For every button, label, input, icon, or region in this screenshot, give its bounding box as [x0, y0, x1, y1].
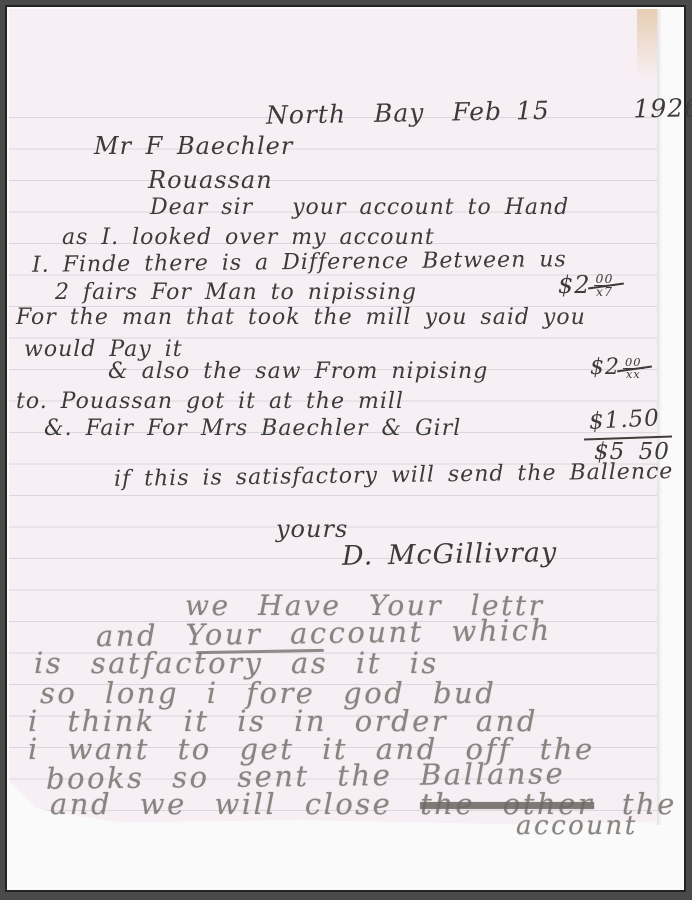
item-2-amount-dollars: $2 [590, 356, 620, 380]
item-3-amount: $1.50 [588, 406, 660, 435]
signature: D. McGillivray [342, 538, 558, 571]
recipient-place: Rouassan [148, 167, 273, 193]
item-1-amount-dollars: $2 [558, 272, 591, 298]
item-1-amount-cents: 00x7 [594, 273, 616, 299]
item-2-text: & also the saw From nipising [108, 360, 488, 384]
pencil-line-9: account [516, 812, 638, 841]
scanned-letter-photo: North Bay Feb 15 1926 Mr F Baechler Roua… [0, 0, 692, 900]
item-3-text: &. Fair For Mrs Baechler & Girl [44, 417, 461, 441]
body-line-5: to. Pouassan got it at the mill [16, 390, 404, 414]
paper-edge-stain [637, 9, 657, 79]
item-1-amount: $200x7 [558, 272, 615, 299]
item-1-text: 2 fairs For Man to nipissing [55, 281, 417, 305]
recipient-name: Mr F Baechler [94, 133, 293, 159]
body-line-3: For the man that took the mill you said … [16, 306, 586, 330]
pencil-line-8-start: and we will close [50, 787, 392, 821]
salutation-line: Dear sir your account to Hand [150, 196, 569, 220]
body-line-1: as I. looked over my account [62, 226, 435, 250]
valediction: yours [276, 516, 348, 542]
item-2-amount: $200xx [590, 356, 644, 381]
item-2-amount-cents: 00xx [623, 357, 644, 381]
